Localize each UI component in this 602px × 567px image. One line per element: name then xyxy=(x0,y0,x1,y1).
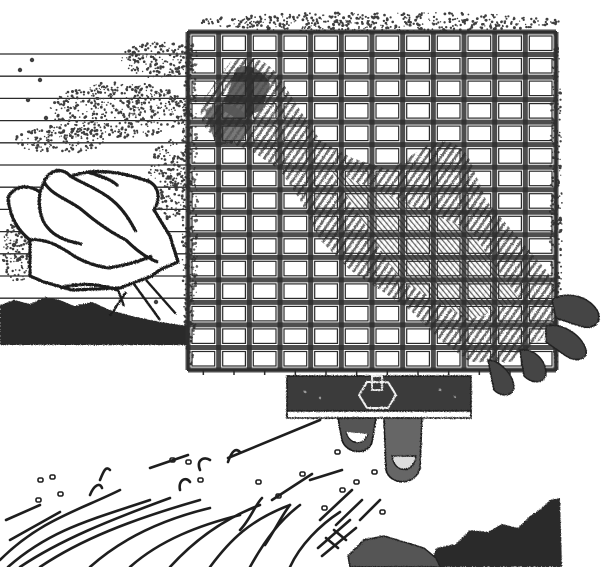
wire-debris xyxy=(0,420,385,567)
socket-bar xyxy=(287,376,471,418)
illustration xyxy=(0,0,602,567)
dark-ground-right xyxy=(430,498,562,567)
grid-of-cells xyxy=(188,32,556,375)
fingertips-below-bar xyxy=(338,418,422,482)
dark-ground-left xyxy=(0,297,188,345)
